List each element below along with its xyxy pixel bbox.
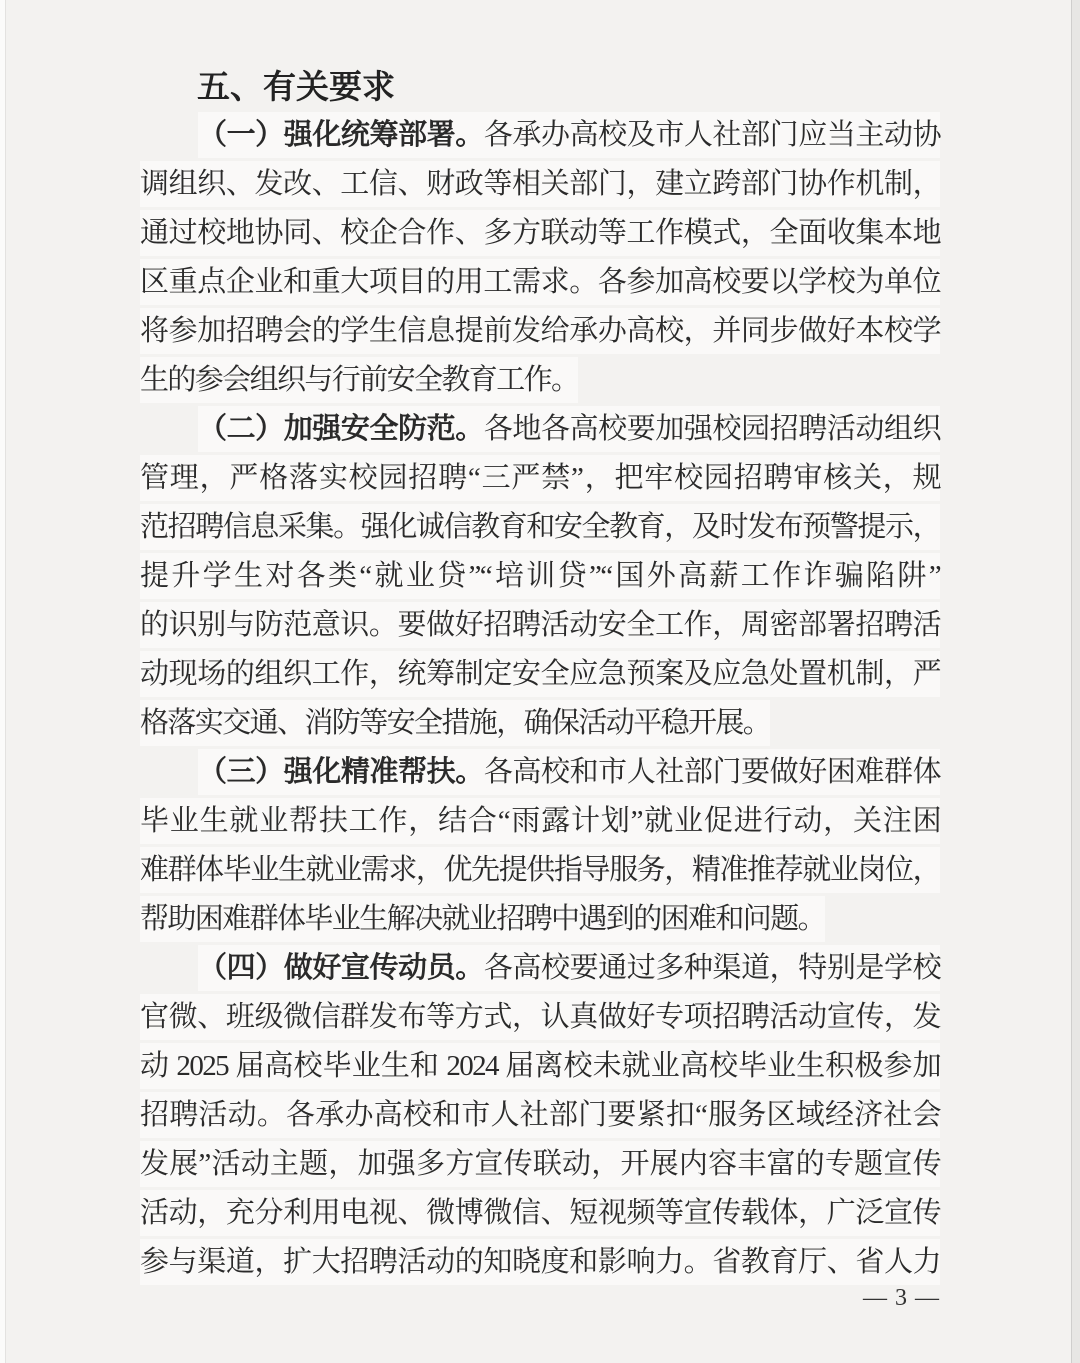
paragraph-2-line-4: 提升学生对各类“就业贷”“培训贷”“国外高薪工作诈骗陷阱”	[140, 552, 940, 601]
paragraph-1-line-3: 通过校地协同、校企合作、多方联动等工作模式，全面收集本地	[140, 209, 940, 258]
paragraph-1: （一）强化统筹部署。各承办高校及市人社部门应当主动协 调组织、发改、工信、财政等…	[140, 111, 940, 405]
scanned-document-page: 五、有关要求 （一）强化统筹部署。各承办高校及市人社部门应当主动协 调组织、发改…	[0, 0, 1080, 1363]
paragraph-1-text: 各承办高校及市人社部门应当主动协	[484, 119, 940, 151]
paragraph-1-line-2: 调组织、发改、工信、财政等相关部门，建立跨部门协作机制，	[140, 160, 940, 209]
paragraph-4-text: 各高校要通过多种渠道，特别是学校	[484, 952, 940, 984]
paragraph-4-line-1: （四）做好宣传动员。各高校要通过多种渠道，特别是学校	[140, 944, 940, 993]
paragraph-2-line-7: 格落实交通、消防等安全措施，确保活动平稳开展。	[140, 699, 940, 748]
paragraph-3-lead: （三）强化精准帮扶。	[198, 756, 484, 788]
paragraph-4-line-6: 活动，充分利用电视、微博微信、短视频等宣传载体，广泛宣传	[140, 1189, 940, 1238]
page-left-edge	[0, 0, 6, 1363]
paragraph-2: （二）加强安全防范。各地各高校要加强校园招聘活动组织 管理，严格落实校园招聘“三…	[140, 405, 940, 748]
paragraph-2-text: 各地各高校要加强校园招聘活动组织	[484, 413, 940, 445]
paragraph-3: （三）强化精准帮扶。各高校和市人社部门要做好困难群体 毕业生就业帮扶工作，结合“…	[140, 748, 940, 944]
page-right-edge	[1071, 0, 1080, 1363]
paragraph-4-line-4: 招聘活动。各承办高校和市人社部门要紧扣“服务区域经济社会	[140, 1091, 940, 1140]
paragraph-3-line-3: 难群体毕业生就业需求，优先提供指导服务，精准推荐就业岗位，	[140, 846, 940, 895]
section-heading: 五、有关要求	[140, 62, 940, 111]
paragraph-2-line-2: 管理，严格落实校园招聘“三严禁”，把牢校园招聘审核关，规	[140, 454, 940, 503]
paragraph-2-line-1: （二）加强安全防范。各地各高校要加强校园招聘活动组织	[140, 405, 940, 454]
paragraph-2-line-3: 范招聘信息采集。强化诚信教育和安全教育，及时发布预警提示，	[140, 503, 940, 552]
paragraph-2-line-6: 动现场的组织工作，统筹制定安全应急预案及应急处置机制，严	[140, 650, 940, 699]
paragraph-2-lead: （二）加强安全防范。	[198, 413, 484, 445]
paragraph-4: （四）做好宣传动员。各高校要通过多种渠道，特别是学校 官微、班级微信群发布等方式…	[140, 944, 940, 1287]
paragraph-1-line-4: 区重点企业和重大项目的用工需求。各参加高校要以学校为单位	[140, 258, 940, 307]
paragraph-1-line-6: 生的参会组织与行前安全教育工作。	[140, 356, 940, 405]
paragraph-1-lead: （一）强化统筹部署。	[198, 119, 484, 151]
paragraph-3-line-2: 毕业生就业帮扶工作，结合“雨露计划”就业促进行动，关注困	[140, 797, 940, 846]
paragraph-4-line-5: 发展”活动主题，加强多方宣传联动，开展内容丰富的专题宣传	[140, 1140, 940, 1189]
paragraph-4-line-7: 参与渠道，扩大招聘活动的知晓度和影响力。省教育厅、省人力	[140, 1238, 940, 1287]
paragraph-2-line-5: 的识别与防范意识。要做好招聘活动安全工作，周密部署招聘活	[140, 601, 940, 650]
paragraph-4-lead: （四）做好宣传动员。	[198, 952, 484, 984]
paragraph-4-line-3: 动 2025 届高校毕业生和 2024 届离校未就业高校毕业生积极参加	[140, 1042, 940, 1091]
paragraph-3-line-1: （三）强化精准帮扶。各高校和市人社部门要做好困难群体	[140, 748, 940, 797]
paragraph-4-line-2: 官微、班级微信群发布等方式，认真做好专项招聘活动宣传，发	[140, 993, 940, 1042]
paragraph-1-line-1: （一）强化统筹部署。各承办高校及市人社部门应当主动协	[140, 111, 940, 160]
paragraph-1-line-5: 将参加招聘会的学生信息提前发给承办高校，并同步做好本校学	[140, 307, 940, 356]
document-body: 五、有关要求 （一）强化统筹部署。各承办高校及市人社部门应当主动协 调组织、发改…	[140, 62, 940, 1315]
paragraph-3-line-4: 帮助困难群体毕业生解决就业招聘中遇到的困难和问题。	[140, 895, 940, 944]
paragraph-3-text: 各高校和市人社部门要做好困难群体	[484, 756, 940, 788]
